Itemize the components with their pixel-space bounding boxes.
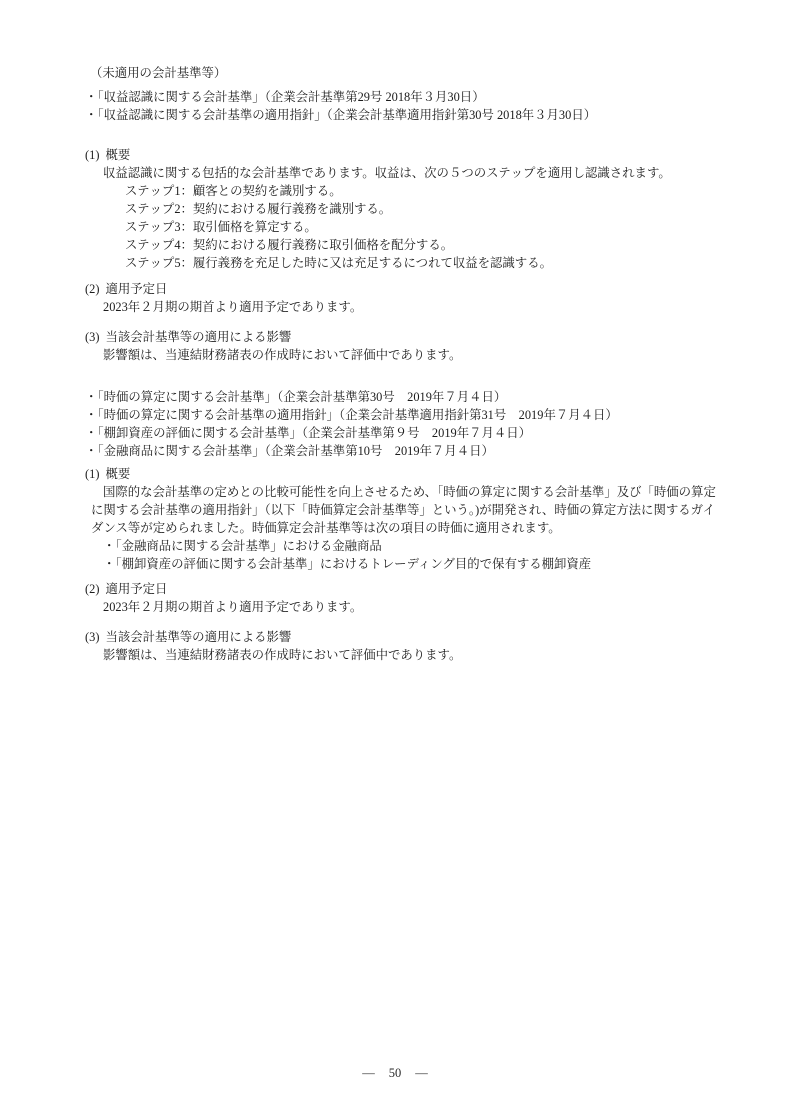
step-item: ステップ3：取引価格を算定する。 bbox=[125, 218, 790, 236]
standard-item: ・「時価の算定に関する会計基準」（企業会計基準第30号 2019年７月４日） bbox=[85, 388, 790, 406]
section-title: 当該会計基準等の適用による影響 bbox=[105, 330, 291, 344]
unapplied-standards-heading: （未適用の会計基準等） bbox=[90, 64, 790, 82]
footer-dash-left: — bbox=[362, 1066, 375, 1080]
overview-intro: 収益認識に関する包括的な会計基準であります。収益は、次の５つのステップを適用し認… bbox=[103, 164, 790, 182]
schedule-body: 2023年２月期の期首より適用予定であります。 bbox=[103, 298, 790, 316]
applies-to-list: ・「金融商品に関する会計基準」における金融商品 ・「棚卸資産の評価に関する会計基… bbox=[103, 537, 790, 573]
paragraph-line: に関する会計基準の適用指針」（以下「時価算定会計基準等」という。)が開発され、時… bbox=[91, 501, 790, 519]
standard-item: ・「棚卸資産の評価に関する会計基準」（企業会計基準第９号 2019年７月４日） bbox=[85, 424, 790, 442]
step-item: ステップ1：顧客との契約を識別する。 bbox=[125, 182, 790, 200]
section-heading: (2)適用予定日 bbox=[85, 580, 790, 598]
section-number: (1) bbox=[85, 146, 99, 164]
applies-to-item: ・「金融商品に関する会計基準」における金融商品 bbox=[103, 537, 790, 555]
footer-dash-right: — bbox=[415, 1066, 428, 1080]
revenue-steps-list: ステップ1：顧客との契約を識別する。 ステップ2：契約における履行義務を識別する… bbox=[125, 182, 790, 272]
standard-item: ・「収益認識に関する会計基準の適用指針」（企業会計基準適用指針第30号 2018… bbox=[85, 106, 790, 124]
section-schedule-1: (2)適用予定日 2023年２月期の期首より適用予定であります。 bbox=[85, 280, 790, 316]
section-schedule-2: (2)適用予定日 2023年２月期の期首より適用予定であります。 bbox=[85, 580, 790, 616]
section-number: (1) bbox=[85, 465, 99, 483]
section-impact-2: (3)当該会計基準等の適用による影響 影響額は、当連結財務諸表の作成時において評… bbox=[85, 628, 790, 664]
section-heading: (1)概要 bbox=[85, 146, 790, 164]
section-overview-2: (1)概要 国際的な会計基準の定めとの比較可能性を向上させるため、「時価の算定に… bbox=[85, 465, 790, 573]
standard-item: ・「時価の算定に関する会計基準の適用指針」（企業会計基準適用指針第31号 201… bbox=[85, 406, 790, 424]
section-heading: (3)当該会計基準等の適用による影響 bbox=[85, 628, 790, 646]
fairvalue-standards-list: ・「時価の算定に関する会計基準」（企業会計基準第30号 2019年７月４日） ・… bbox=[85, 388, 790, 460]
section-heading: (2)適用予定日 bbox=[85, 280, 790, 298]
section-number: (2) bbox=[85, 280, 99, 298]
section-title: 当該会計基準等の適用による影響 bbox=[105, 630, 291, 644]
step-item: ステップ5：履行義務を充足した時に又は充足するにつれて収益を認識する。 bbox=[125, 254, 790, 272]
section-title: 概要 bbox=[105, 467, 130, 481]
section-impact-1: (3)当該会計基準等の適用による影響 影響額は、当連結財務諸表の作成時において評… bbox=[85, 328, 790, 364]
section-title: 適用予定日 bbox=[105, 282, 167, 296]
section-title: 概要 bbox=[105, 148, 130, 162]
section-overview-1: (1)概要 収益認識に関する包括的な会計基準であります。収益は、次の５つのステッ… bbox=[85, 146, 790, 272]
applies-to-item: ・「棚卸資産の評価に関する会計基準」におけるトレーディング目的で保有する棚卸資産 bbox=[103, 555, 790, 573]
standard-item: ・「収益認識に関する会計基準」（企業会計基準第29号 2018年３月30日） bbox=[85, 88, 790, 106]
page-number: 50 bbox=[389, 1066, 402, 1080]
section-heading: (1)概要 bbox=[85, 465, 790, 483]
paragraph-line: 国際的な会計基準の定めとの比較可能性を向上させるため、「時価の算定に関する会計基… bbox=[91, 483, 790, 501]
standard-item: ・「金融商品に関する会計基準」（企業会計基準第10号 2019年７月４日） bbox=[85, 442, 790, 460]
section-heading: (3)当該会計基準等の適用による影響 bbox=[85, 328, 790, 346]
schedule-body: 2023年２月期の期首より適用予定であります。 bbox=[103, 598, 790, 616]
impact-body: 影響額は、当連結財務諸表の作成時において評価中であります。 bbox=[103, 646, 790, 664]
section-number: (2) bbox=[85, 580, 99, 598]
revenue-standards-list: ・「収益認識に関する会計基準」（企業会計基準第29号 2018年３月30日） ・… bbox=[85, 88, 790, 124]
page-footer: —50— bbox=[0, 1064, 790, 1082]
overview-paragraph: 国際的な会計基準の定めとの比較可能性を向上させるため、「時価の算定に関する会計基… bbox=[91, 483, 790, 537]
section-number: (3) bbox=[85, 628, 99, 646]
document-page: （未適用の会計基準等） ・「収益認識に関する会計基準」（企業会計基準第29号 2… bbox=[0, 0, 790, 1118]
impact-body: 影響額は、当連結財務諸表の作成時において評価中であります。 bbox=[103, 346, 790, 364]
section-number: (3) bbox=[85, 328, 99, 346]
step-item: ステップ2：契約における履行義務を識別する。 bbox=[125, 200, 790, 218]
step-item: ステップ4：契約における履行義務に取引価格を配分する。 bbox=[125, 236, 790, 254]
paragraph-line: ダンス等が定められました。時価算定会計基準等は次の項目の時価に適用されます。 bbox=[91, 519, 790, 537]
section-title: 適用予定日 bbox=[105, 582, 167, 596]
